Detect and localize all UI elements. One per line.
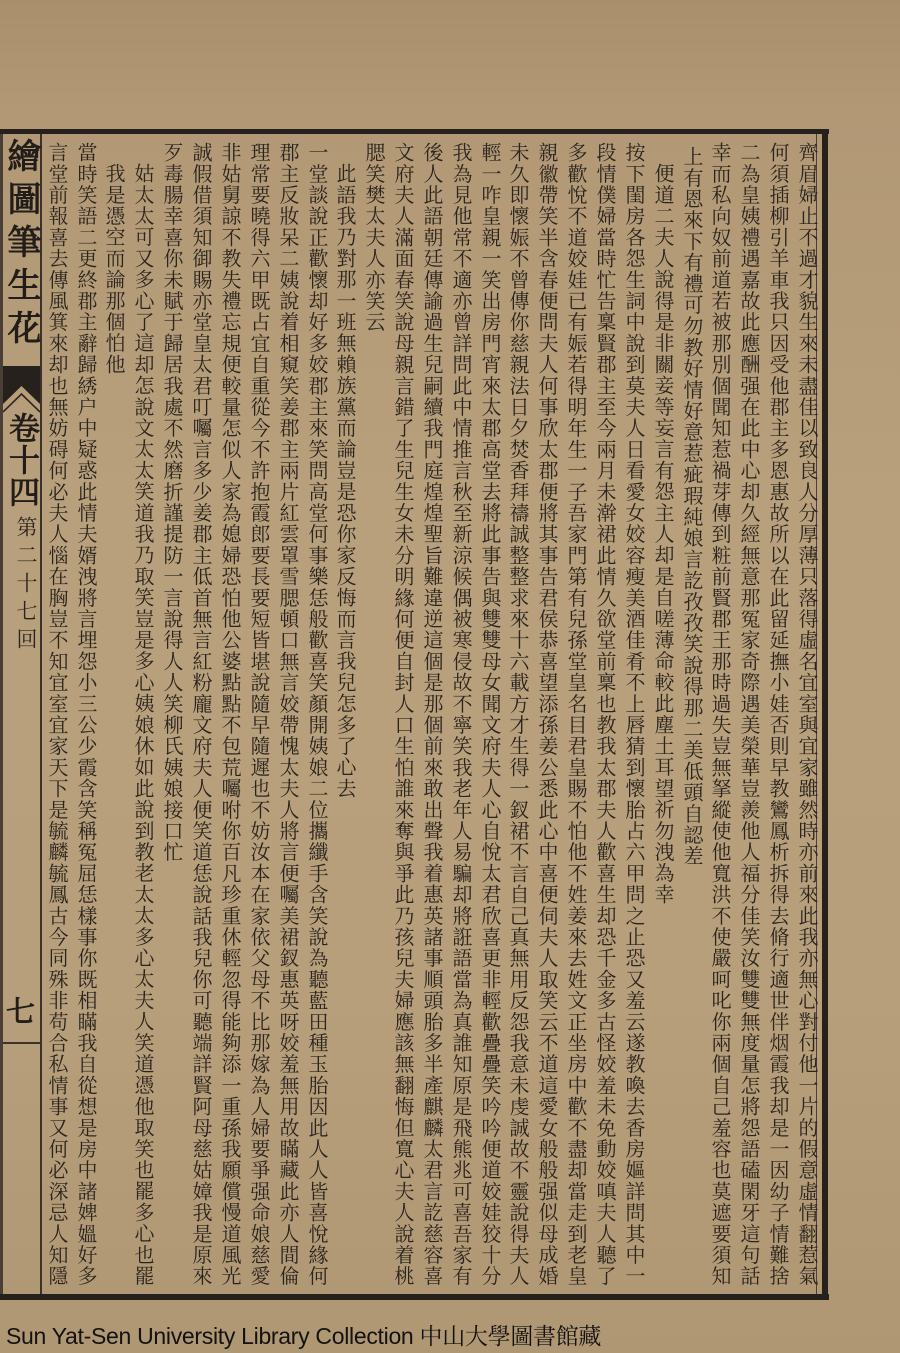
- page-number-rule: [3, 1042, 40, 1044]
- chapter-label: 第二十七回: [14, 516, 38, 656]
- text-column: 腮笑樊太夫人亦笑云: [363, 142, 385, 1292]
- text-column: 言堂前報喜去傳風箕來却也無妨碍何必夫人惱在胸豈不知宜室宜家天下是毓麟毓鳳古今同殊…: [46, 142, 68, 1292]
- text-column: 段情僕婦當時忙告稟賢郡主至今兩月未澣裙此情久欲堂前稟也教我太郡夫人歡喜生却恐千金…: [594, 142, 616, 1292]
- text-column-prose: 此語我乃對那一班無賴族黨而論豈是恐你家反悔而言我兒怎多了心去: [334, 163, 356, 1313]
- text-column: 一堂談說正歡懷却好多姣郡主來笑問高堂何事樂恁般歡喜笑顏開姨娘二位攜纖手含笑說為聽…: [306, 142, 328, 1292]
- text-column: 親徽帶笑半含春便問夫人何事欣太郡便將其事告君侯恭喜望添孫姜公悉此心中喜便伺夫人取…: [536, 142, 558, 1292]
- text-column: 非姑舅諒不教失禮忘規便較量怎似人家為媳婦恐怕他公婆點點不包荒囑咐你百凡珍重休輕忽…: [219, 142, 241, 1292]
- text-column: 何須插柳引羊車我只因受他郡主多恩惠故所以在此留延撫小娃否則早教鸞鳳析拆得去脩行適…: [767, 142, 789, 1292]
- text-column: 文府夫人滿面春笑說母親言錯了生兒生女未分明緣何便自封人口生怕誰來奪與爭此乃孩兒夫…: [392, 142, 414, 1292]
- text-column: 理常要曉得六甲既占宜自重從今不許抱霞郎要長要短皆堪說隨早隨遲也不妨汝本在家依父母…: [248, 142, 270, 1292]
- text-column: 當時笑語二更終郡主辭歸綉户中疑惑此情夫婿洩將言埋怨小三公少霞含笑稱冤屈恁樣事你既…: [75, 142, 97, 1292]
- text-column: 我為見他常不適亦曾詳問此中情推言秋至新涼候偶被寒侵故不寧笑我老年人易騙却將誑語當…: [450, 142, 472, 1292]
- text-column: 後人此語朝廷傳諭過生兒嗣續我門庭煌煌聖旨難違逆這個是那個前來敢出聲我着惠英諸事順…: [421, 142, 443, 1292]
- text-column: 按下閨房各怨生詞中說到莫夫人日看愛女姣容瘦美酒佳肴不上唇猜到懷胎占六甲問之止恐又…: [623, 142, 645, 1292]
- text-column: 輕一咋皇親一笑出房門宵來太郡高堂去將此事告與雙雙母女聞文府夫人心自悅太君欣喜更非…: [479, 142, 501, 1292]
- text-column: 多歡悅不道姣娃已有娠若得明年生一子吾家門第有兒孫堂皇名目君皇賜不怕他不姓姜來去姓…: [565, 142, 587, 1292]
- text-column: 歹毒腸幸喜你未賦于歸居我處不然磨折謹提防一言說得人人笑柳氏姨娘接口忙: [161, 142, 183, 1292]
- text-column: 誠假借須知御賜亦堂皇太君叮囑言多少姜郡主低首無言紅粉龐文府夫人便笑道恁說話我兒你…: [190, 142, 212, 1292]
- collection-caption: Sun Yat-Sen University Library Collectio…: [6, 1318, 601, 1351]
- page-number: 七: [3, 996, 35, 1025]
- frame-border-top: [0, 129, 829, 134]
- text-column: 幸而私向奴前道若被那別個聞知惹禍芽傳到粧前賢郡王那時過失豈無拏縱使他寬洪不使嚴呵…: [709, 142, 731, 1292]
- text-column: 上有恩來下有禮可勿教好情好意惹疵瑕純娘言訖孜孜笑說得那二美低頭自認差: [681, 146, 703, 1296]
- text-column-prose: 我是憑空而論那個怕他: [103, 163, 125, 1313]
- text-column-prose: 便道二夫人說得是非關妾等妄言有怨主人却是自嗟薄命較此塵土耳望祈勿洩為幸: [652, 163, 674, 1313]
- frame-border-right: [822, 129, 828, 1300]
- book-title: 繪圖筆生花: [2, 138, 40, 353]
- text-column: 未久即懷娠不曾傳你慈親法日夕焚香拜禱誠整整求來十六載方才生得一釵裙不言自己真無用…: [507, 142, 529, 1292]
- volume-label: 卷十四: [4, 412, 38, 508]
- text-column: 齊眉婦止不過才貌生來未盡佳以致良人分厚薄只落得虛名宜室與宜家雖然時亦前來此我亦無…: [796, 142, 818, 1292]
- text-column: 郡主反妝呆二姨說着相窺笑姜郡主兩片紅雲罩雪腮頓口無言姣帶愧太夫人將言便囑美裙釵惠…: [277, 142, 299, 1292]
- text-column-prose: 姑太太可又多心了這却怎說文太太笑道我乃取笑豈是多心姨娘休如此說到教老太太多心太夫…: [132, 163, 154, 1313]
- text-column: 二為皇姨禮遇嘉故此應酬强在此中心却久經無意那冤家奇際遇美榮華豈羨他人福分佳笑汝雙…: [738, 142, 760, 1292]
